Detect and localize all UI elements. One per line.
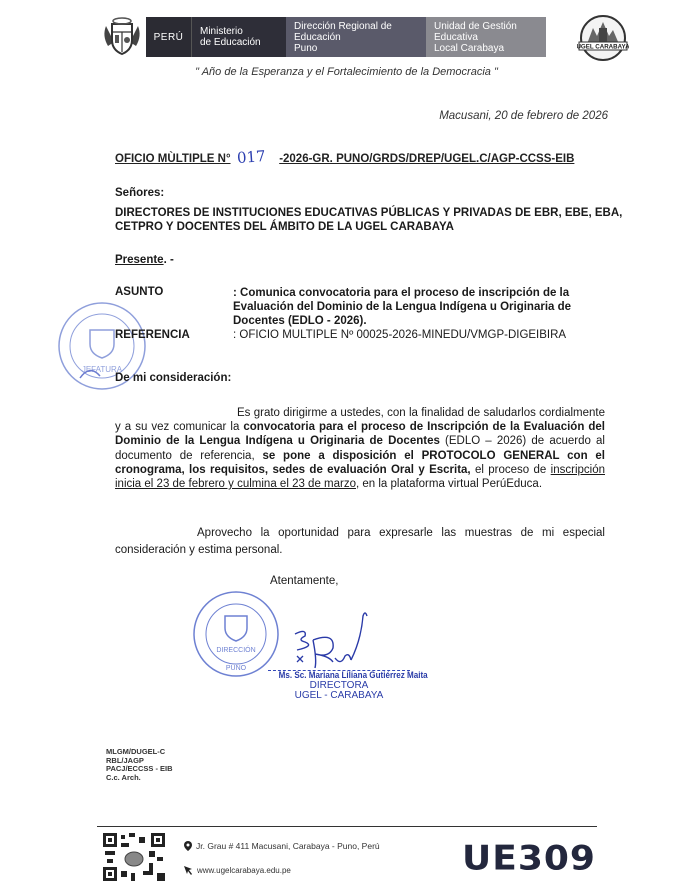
recipients: DIRECTORES DE INSTITUCIONES EDUCATIVAS P… bbox=[115, 206, 635, 234]
asunto-value: : Comunica convocatoria para el proceso … bbox=[233, 286, 613, 328]
header-ugel: Unidad de Gestión EducativaLocal Carabay… bbox=[426, 17, 546, 57]
svg-text:UGEL CARABAYA: UGEL CARABAYA bbox=[577, 44, 629, 51]
referencia-value: : OFICIO MULTIPLE Nº 00025-2026-MINEDU/V… bbox=[233, 329, 566, 341]
header-ministry: Ministeriode Educación bbox=[191, 17, 286, 57]
peru-coat-of-arms-icon bbox=[100, 16, 144, 58]
header-institution-band: PERÚ Ministeriode Educación Dirección Re… bbox=[146, 17, 546, 57]
year-motto: " Año de la Esperanza y el Fortalecimien… bbox=[0, 66, 693, 78]
footer-divider bbox=[97, 826, 597, 827]
svg-text:DIRECCIÓN: DIRECCIÓN bbox=[216, 645, 255, 654]
body-paragraph-2: Aprovecho la oportunidad para expresarle… bbox=[115, 525, 605, 559]
consideracion-heading: De mi consideración: bbox=[115, 372, 231, 384]
signer-org: UGEL - CARABAYA bbox=[295, 690, 384, 701]
salutation: Señores: bbox=[115, 187, 164, 199]
copy-references: MLGM/DUGEL-C RBL/JAGP PACJ/ECCSS - EIB C… bbox=[106, 748, 173, 782]
direccion-stamp-icon: DIRECCIÓN PUNO bbox=[192, 590, 280, 678]
svg-text:PUNO: PUNO bbox=[226, 665, 247, 672]
oficio-number-title: OFICIO MÙLTIPLE N°017-2026-GR. PUNO/GRDS… bbox=[115, 148, 574, 166]
asunto-label: ASUNTO bbox=[115, 286, 163, 298]
location-pin-icon bbox=[184, 841, 192, 851]
signer-block: Ms. Sc. Mariana Liliana Gutiérrez Maita … bbox=[268, 671, 410, 701]
cursor-pointer-icon bbox=[184, 866, 193, 875]
closing: Atentamente, bbox=[270, 575, 338, 587]
document-date: Macusani, 20 de febrero de 2026 bbox=[439, 110, 608, 122]
handwritten-oficio-number: 017 bbox=[236, 147, 266, 167]
signer-name: Ms. Sc. Mariana Liliana Gutiérrez Maita bbox=[279, 671, 400, 681]
body-paragraph-1: Es grato dirigirme a ustedes, con la fin… bbox=[115, 406, 605, 491]
referencia-label: REFERENCIA bbox=[115, 329, 190, 341]
qr-code-icon bbox=[103, 833, 165, 881]
header-country: PERÚ bbox=[146, 17, 191, 57]
footer-website[interactable]: www.ugelcarabaya.edu.pe bbox=[184, 866, 291, 875]
header-drep: Dirección Regional de EducaciónPuno bbox=[286, 17, 426, 57]
ue309-brand-logo: UE309 bbox=[462, 839, 596, 878]
footer-address: Jr. Grau # 411 Macusani, Carabaya - Puno… bbox=[184, 841, 380, 851]
presente: Presente. - bbox=[115, 254, 174, 266]
ugel-carabaya-logo-icon: UGEL CARABAYA bbox=[577, 14, 629, 66]
